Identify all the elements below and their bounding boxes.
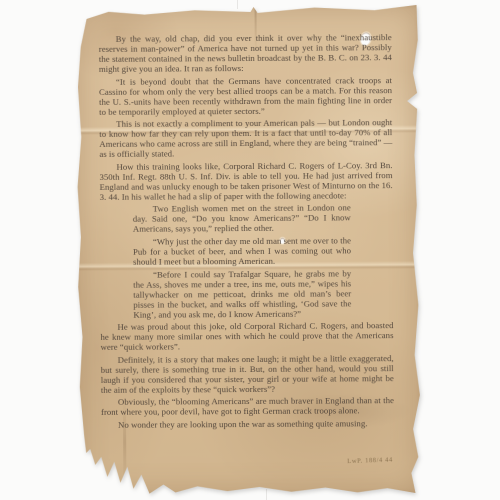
anecdote-paragraph-1: Two English women met on the street in L… xyxy=(133,203,351,234)
anecdote-paragraph-2: “Why just the other day me old man sent … xyxy=(133,235,351,266)
paragraph-definitely: Definitely, it is a story that makes one… xyxy=(101,353,394,395)
leaflet-paper: By the way, old chap, did you ever think… xyxy=(75,5,422,495)
leaflet-imprint-code: LwP. 188/4 44 xyxy=(348,457,394,465)
paragraph-proud: He was proud about this joke, old Corpor… xyxy=(100,320,393,352)
leaflet-body-text: By the way, old chap, did you ever think… xyxy=(99,32,394,432)
paragraph-compliment: This is not exactly a compliment to your… xyxy=(99,117,392,159)
leaflet-photo: By the way, old chap, did you ever think… xyxy=(0,0,500,500)
paragraph-bbc-quote: “It is beyond doubt that the Germans hav… xyxy=(99,75,392,117)
paragraph-corporal: How this training looks like, Corporal R… xyxy=(99,160,392,202)
leaflet-paper-wrap: By the way, old chap, did you ever think… xyxy=(75,5,422,495)
anecdote-paragraph-3: “Before I could say Trafalgar Square, he… xyxy=(133,268,351,319)
paragraph-intro: By the way, old chap, did you ever think… xyxy=(99,32,392,74)
paragraph-obviously: Obviously, the “blooming Americans” are … xyxy=(101,395,394,417)
paragraph-no-wonder: No wonder they are looking upon the war … xyxy=(101,418,394,430)
